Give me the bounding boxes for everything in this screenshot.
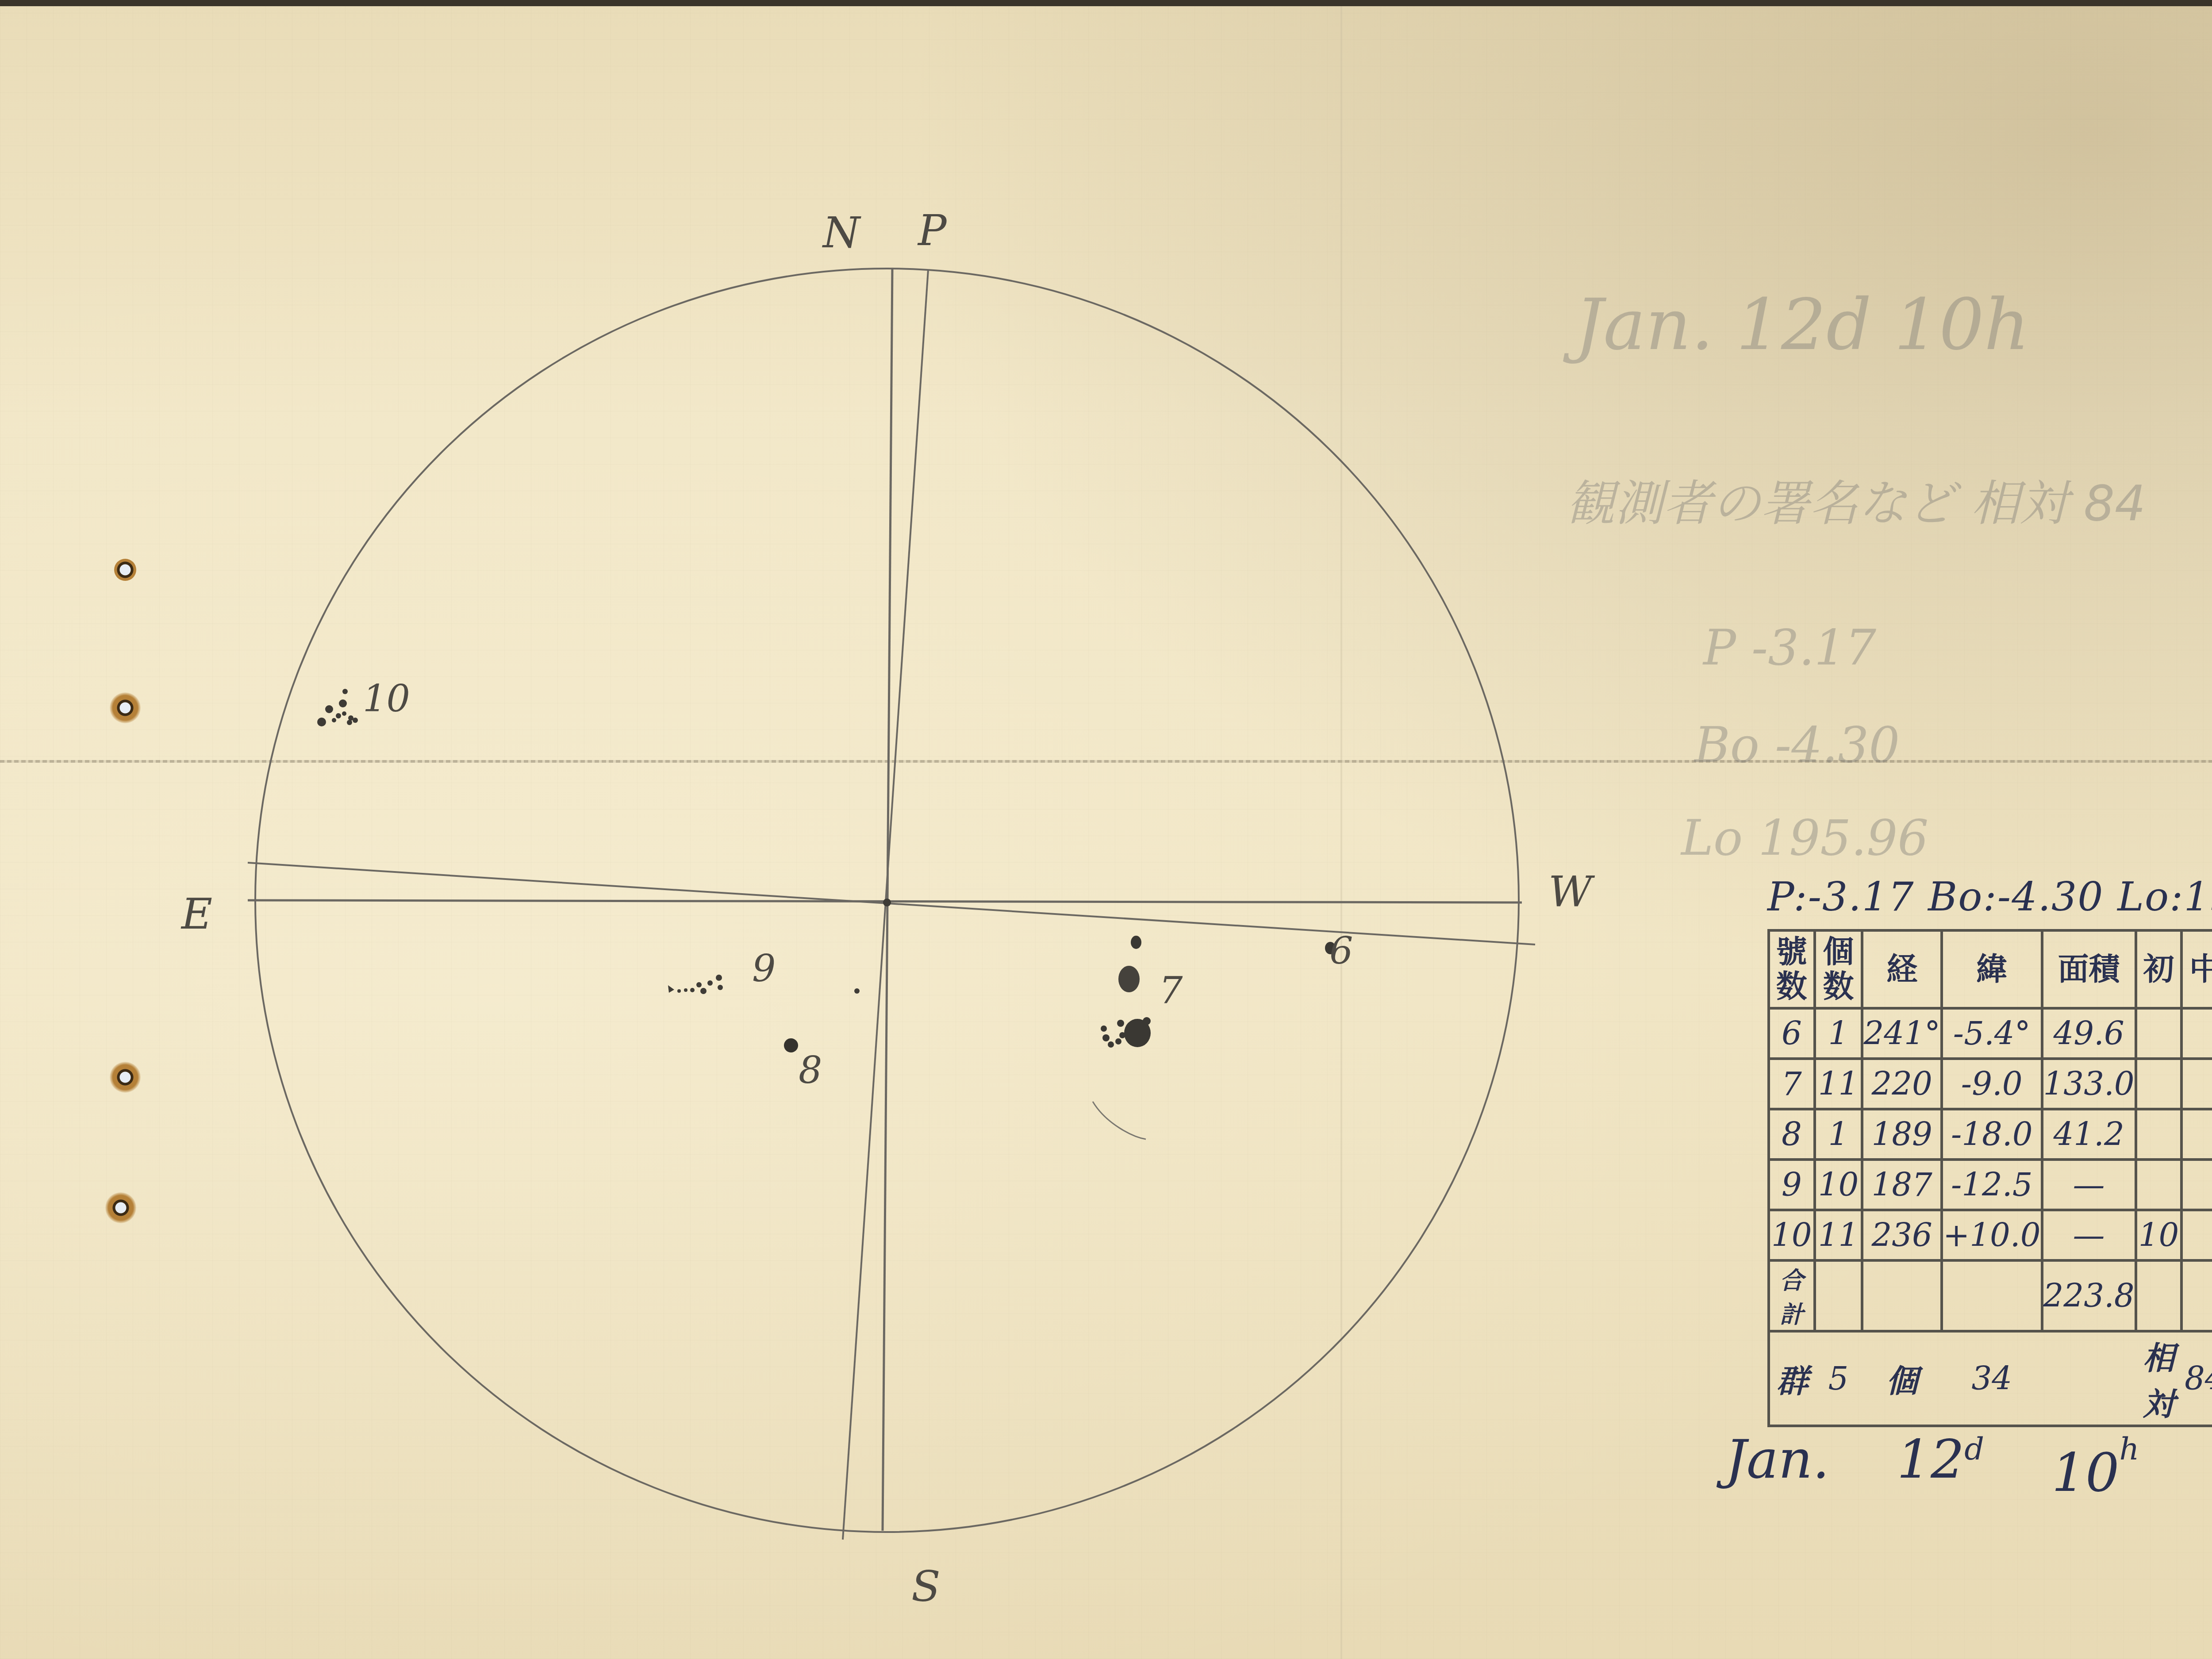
cell-area: — bbox=[2042, 1210, 2136, 1260]
ephemeris-parameters: P:-3.17 Bo:-4.30 Lo:195.96 bbox=[1767, 874, 2212, 920]
table-row: 10 11 236 +10.0 — 10 bbox=[1769, 1210, 2212, 1260]
cell-no: 9 bbox=[1769, 1160, 1815, 1210]
table-row: 9 10 187 -12.5 — 9 bbox=[1769, 1160, 2212, 1210]
bo-value: -4.30 bbox=[1997, 874, 2104, 920]
sunspot-group-10 bbox=[317, 689, 358, 726]
lo-value: 195.96 bbox=[2184, 874, 2212, 920]
faint-lo-note: Lo 195.96 bbox=[1681, 810, 1928, 866]
paper-sheet: N P E W S 6 7 8 9 10 Jan. 12d 10h 観測者の署名… bbox=[0, 0, 2212, 1659]
empty-cell bbox=[2136, 1260, 2182, 1331]
south-label: S bbox=[911, 1562, 941, 1611]
cell-middle bbox=[2181, 1210, 2212, 1260]
cell-longitude: 220 bbox=[1862, 1059, 1941, 1109]
header-area: 面積 bbox=[2042, 930, 2136, 1008]
header-first: 初 bbox=[2136, 930, 2182, 1008]
west-label: W bbox=[1548, 867, 1592, 917]
cell-count: 1 bbox=[1815, 1109, 1863, 1160]
header-middle: 中 bbox=[2181, 930, 2212, 1008]
sunspot-group-8 bbox=[784, 1038, 798, 1052]
table-header-row: 號数 個数 経 緯 面積 初 中 末 bbox=[1769, 930, 2212, 1008]
empty-cell bbox=[1942, 1260, 2042, 1331]
relative-value: 84 bbox=[2181, 1331, 2212, 1426]
p-label: P: bbox=[1767, 874, 1808, 920]
sunspot-group-7 bbox=[1101, 936, 1151, 1048]
faint-p-note: P -3.17 bbox=[1703, 619, 1876, 676]
group-label-7: 7 bbox=[1159, 969, 1183, 1012]
cell-area: 41.2 bbox=[2042, 1109, 2136, 1160]
observation-date: Jan. 12d 10h bbox=[1725, 1429, 2139, 1490]
group-label-8: 8 bbox=[799, 1048, 822, 1092]
group-label-9: 9 bbox=[752, 947, 776, 990]
north-label: N bbox=[823, 208, 860, 257]
groups-label: 群 bbox=[1769, 1331, 1815, 1426]
empty-cell bbox=[2042, 1331, 2136, 1426]
table-total-row: 合計 223.8 bbox=[1769, 1260, 2212, 1331]
cell-longitude: 241° bbox=[1862, 1008, 1941, 1059]
header-longitude: 経 bbox=[1862, 930, 1941, 1008]
empty-cell bbox=[2181, 1260, 2212, 1331]
faint-japanese-note: 観測者の署名など 相対 84 bbox=[1566, 465, 2146, 534]
total-area: 223.8 bbox=[2042, 1260, 2136, 1331]
cell-area: 133.0 bbox=[2042, 1059, 2136, 1109]
cell-no: 10 bbox=[1769, 1210, 1815, 1260]
date-day-unit: d bbox=[1964, 1431, 1984, 1467]
header-latitude: 緯 bbox=[1942, 930, 2042, 1008]
cell-no: 8 bbox=[1769, 1109, 1815, 1160]
cell-count: 11 bbox=[1815, 1059, 1863, 1109]
group-label-10: 10 bbox=[363, 677, 410, 720]
cell-longitude: 187 bbox=[1862, 1160, 1941, 1210]
cell-no: 7 bbox=[1769, 1059, 1815, 1109]
cell-longitude: 236 bbox=[1862, 1210, 1941, 1260]
cell-first bbox=[2136, 1008, 2182, 1059]
cell-middle bbox=[2181, 1109, 2212, 1160]
east-label: E bbox=[181, 889, 212, 939]
cell-count: 1 bbox=[1815, 1008, 1863, 1059]
disk-center-dot bbox=[883, 899, 891, 906]
faint-bo-note: Bo -4.30 bbox=[1694, 717, 1900, 773]
table-row: 6 1 241° -5.4° 49.6 bbox=[1769, 1008, 2212, 1059]
date-hour: 10 bbox=[2052, 1442, 2120, 1504]
table-row: 8 1 189 -18.0 41.2 bbox=[1769, 1109, 2212, 1160]
lo-label: Lo: bbox=[2117, 874, 2184, 920]
sunspot-table: 號数 個数 経 緯 面積 初 中 末 6 1 241° -5.4° 49.6 7… bbox=[1767, 929, 2212, 1427]
cell-latitude: -12.5 bbox=[1942, 1160, 2042, 1210]
spots-label: 個 bbox=[1862, 1331, 1941, 1426]
cell-latitude: -18.0 bbox=[1942, 1109, 2042, 1160]
cell-first bbox=[2136, 1059, 2182, 1109]
cell-latitude: -5.4° bbox=[1942, 1008, 2042, 1059]
header-group-number: 號数 bbox=[1769, 930, 1815, 1008]
group-label-6: 6 bbox=[1329, 929, 1353, 972]
cell-count: 10 bbox=[1815, 1160, 1863, 1210]
date-hour-unit: h bbox=[2119, 1431, 2139, 1467]
cell-first bbox=[2136, 1109, 2182, 1160]
bo-label: Bo: bbox=[1928, 874, 1997, 920]
total-label: 合計 bbox=[1769, 1260, 1815, 1331]
cell-area: 49.6 bbox=[2042, 1008, 2136, 1059]
spots-value: 34 bbox=[1942, 1331, 2042, 1426]
cell-longitude: 189 bbox=[1862, 1109, 1941, 1160]
cell-middle bbox=[2181, 1059, 2212, 1109]
cell-latitude: +10.0 bbox=[1942, 1210, 2042, 1260]
cell-first: 10 bbox=[2136, 1210, 2182, 1260]
cell-middle bbox=[2181, 1008, 2212, 1059]
empty-cell bbox=[1815, 1260, 1863, 1331]
cell-no: 6 bbox=[1769, 1008, 1815, 1059]
table-summary-row: 群 5 個 34 相対 84 bbox=[1769, 1331, 2212, 1426]
groups-value: 5 bbox=[1815, 1331, 1863, 1426]
pole-label: P bbox=[918, 206, 947, 255]
table-row: 7 11 220 -9.0 133.0 bbox=[1769, 1059, 2212, 1109]
relative-label: 相対 bbox=[2136, 1331, 2182, 1426]
empty-cell bbox=[1862, 1260, 1941, 1331]
date-day: 12 bbox=[1897, 1429, 1965, 1490]
p-value: -3.17 bbox=[1808, 874, 1915, 920]
cell-area: — bbox=[2042, 1160, 2136, 1210]
header-spot-count: 個数 bbox=[1815, 930, 1863, 1008]
faint-date-note: Jan. 12d 10h bbox=[1575, 283, 2030, 366]
date-month: Jan. bbox=[1725, 1429, 1829, 1490]
cell-latitude: -9.0 bbox=[1942, 1059, 2042, 1109]
cell-middle bbox=[2181, 1160, 2212, 1210]
cell-count: 11 bbox=[1815, 1210, 1863, 1260]
cell-first bbox=[2136, 1160, 2182, 1210]
